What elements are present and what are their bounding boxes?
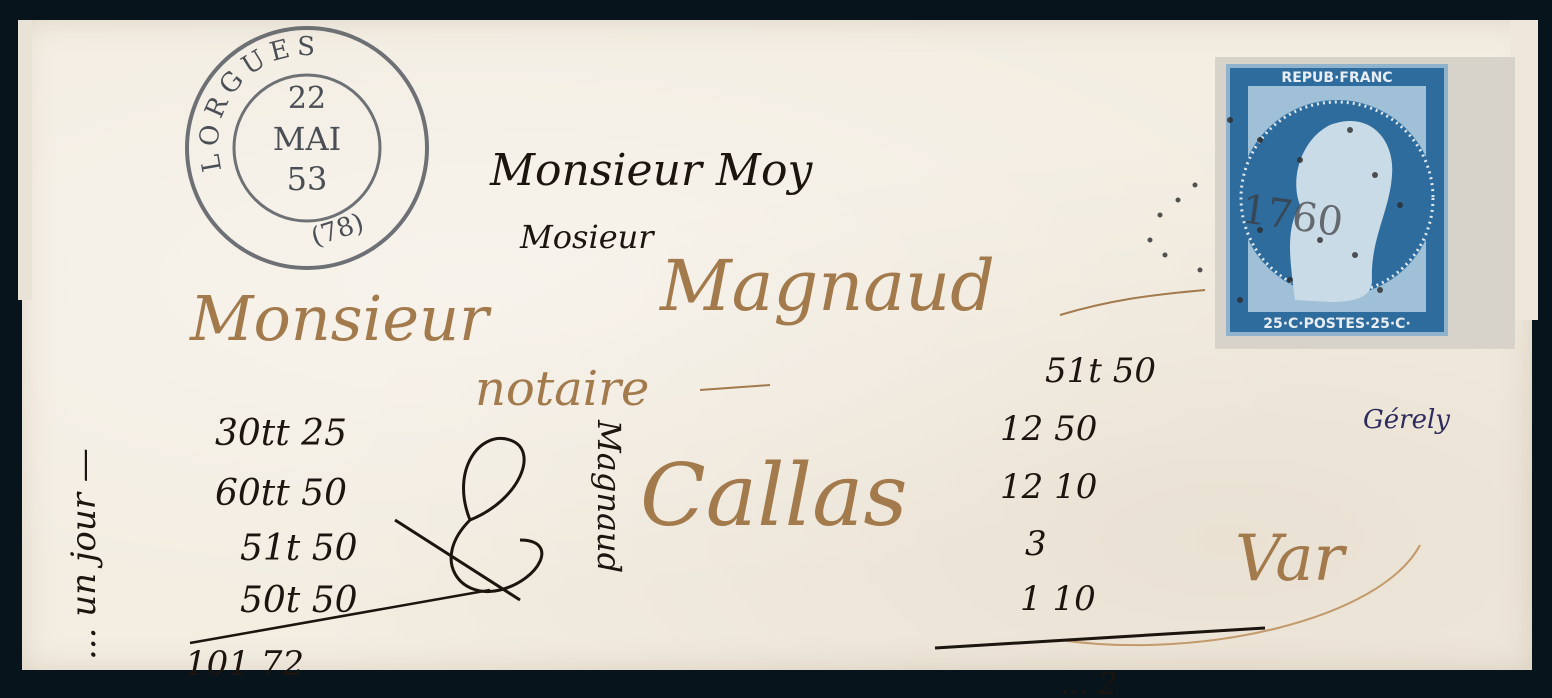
postmark-day: 22 [288, 81, 326, 116]
lorgues-postmark: LORGUES 22 MAI 53 (78) [187, 28, 427, 268]
postmark-department: (78) [308, 208, 368, 253]
left-accounts: 30tt 25 60tt 50 51t 50 50t 50 101 72 [185, 413, 490, 684]
right-sum: 12 10 [1000, 467, 1097, 507]
address-department: Var [1235, 522, 1348, 596]
stamp-top-label: REPUB·FRANC [1281, 70, 1392, 86]
expert-signature: Gérely [1363, 405, 1450, 435]
left-sum: 51t 50 [240, 528, 358, 569]
right-sum: 12 50 [1000, 409, 1097, 449]
address-town: Callas [640, 446, 908, 546]
postmark-year: 53 [287, 160, 328, 198]
right-accounts: 51t 50 12 50 12 10 3 1 10 ... 2 [935, 351, 1265, 698]
routing-line-1: Monsieur Moy [489, 145, 813, 196]
left-total: 101 72 [185, 644, 304, 684]
address-salutation: Monsieur [189, 282, 492, 355]
postage-stamp: REPUB·FRANC 25·C·POSTES·25·C· 1760 [1148, 57, 1516, 349]
right-sum: 1 10 [1020, 579, 1096, 619]
flourish-mark [395, 438, 542, 600]
stamp-bottom-label: 25·C·POSTES·25·C· [1263, 316, 1411, 332]
left-sum: 30tt 25 [215, 413, 347, 454]
right-total: ... 2 [1060, 667, 1117, 698]
address-name: Magnaud [658, 245, 995, 327]
postmark-month: MAI [273, 120, 342, 158]
left-sum: 50t 50 [240, 580, 358, 621]
margin-name: Magnaud [590, 419, 628, 573]
right-sum: 51t 50 [1045, 351, 1156, 391]
left-sum: 60tt 50 [215, 473, 347, 514]
address-title: notaire [475, 361, 649, 417]
routing-line-2: Mosieur [519, 218, 655, 256]
right-sum: 3 [1025, 524, 1047, 564]
cover-artwork: LORGUES 22 MAI 53 (78) REPUB·FRANC 25·C·… [0, 0, 1552, 698]
side-note: ... un jour — [64, 448, 104, 660]
